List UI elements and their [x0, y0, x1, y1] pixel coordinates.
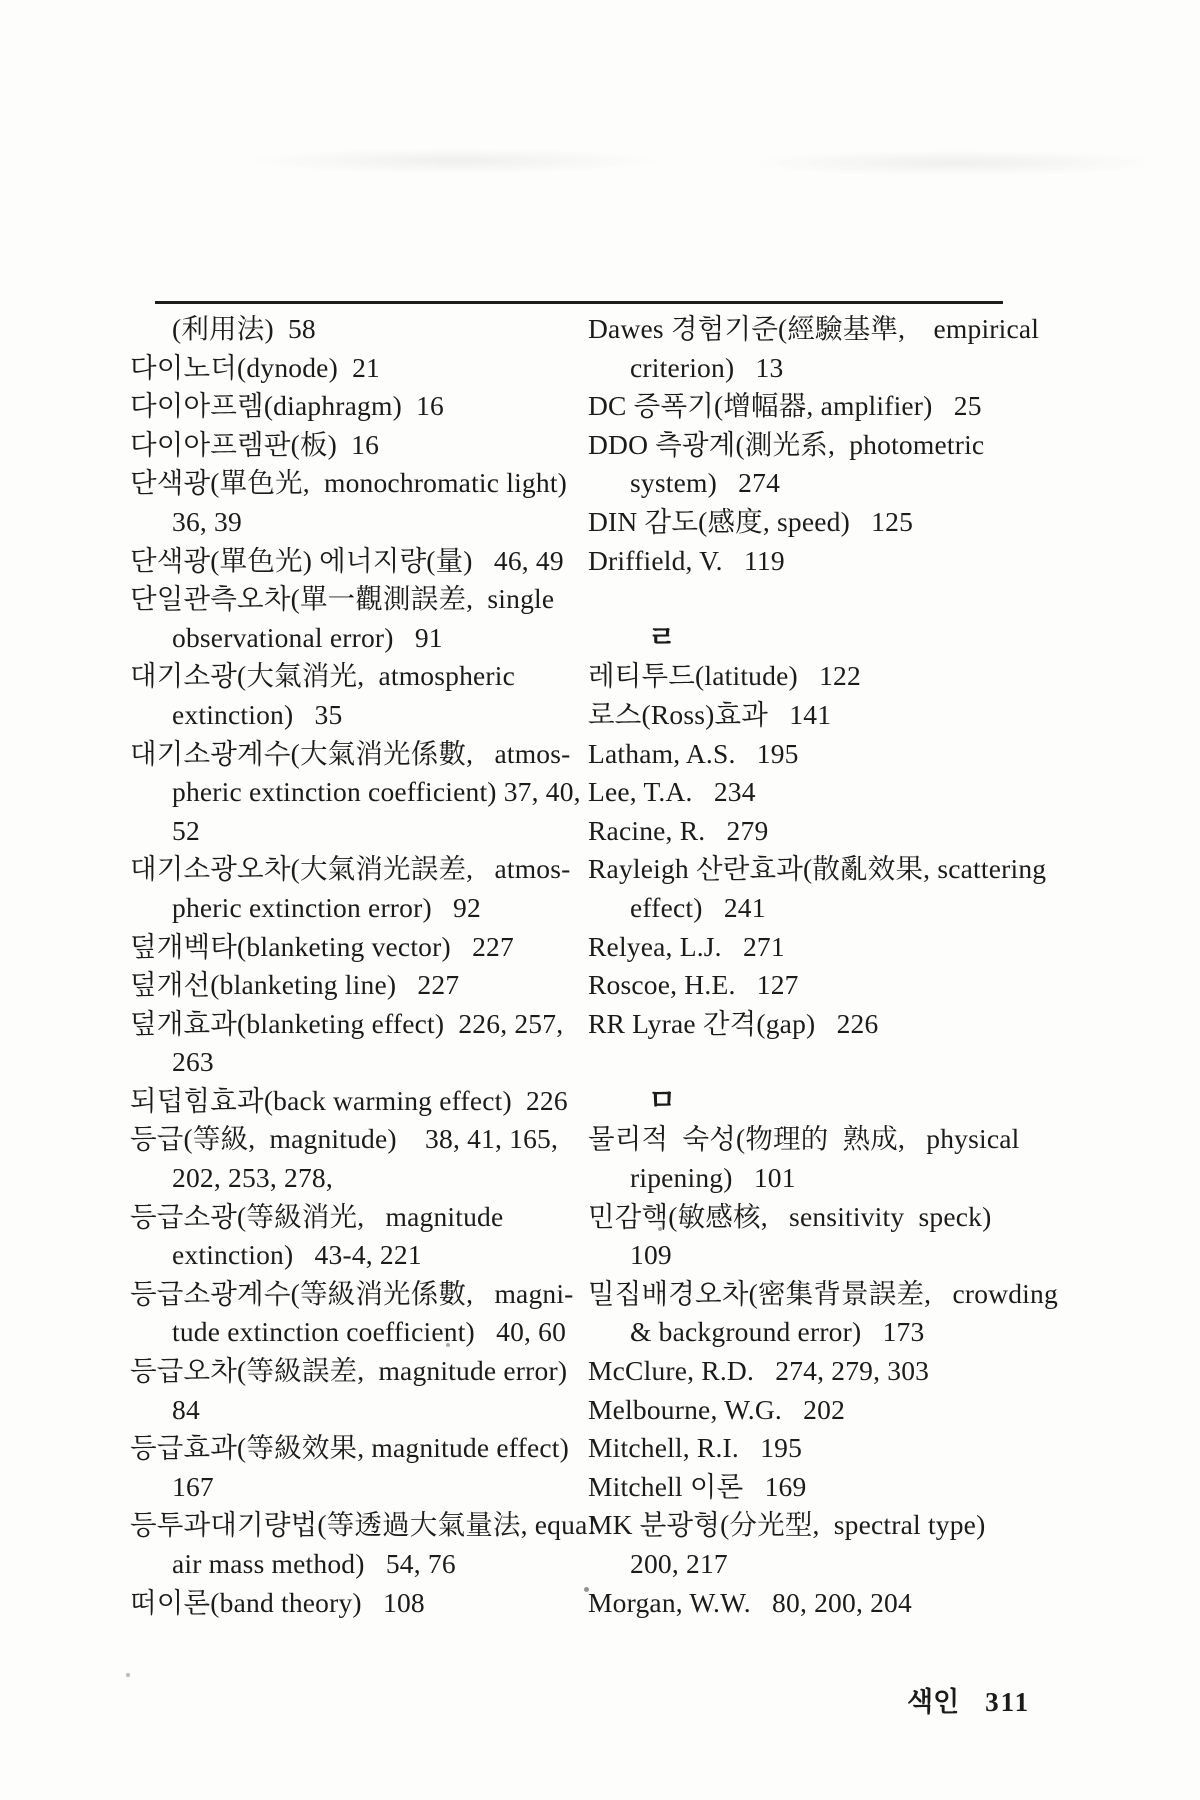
index-line: system) 274	[588, 464, 1093, 503]
index-line: Melbourne, W.G. 202	[588, 1391, 1093, 1430]
index-line: observational error) 91	[130, 619, 595, 658]
index-line: pheric extinction error) 92	[130, 889, 595, 928]
scan-smudge	[245, 148, 665, 174]
index-line: ripening) 101	[588, 1159, 1093, 1198]
scan-speck	[658, 1227, 662, 1231]
index-column-right: Dawes 경험기준(經驗基準, empirical criterion) 13…	[588, 310, 1093, 1622]
index-line: Rayleigh 산란효과(散亂效果, scattering	[588, 850, 1093, 889]
index-line: 202, 253, 278,	[130, 1159, 595, 1198]
index-line: 되덥힘효과(back warming effect) 226	[130, 1082, 595, 1121]
index-line: 등급효과(等級效果, magnitude effect)	[130, 1429, 595, 1468]
index-line: 민감핵(敏感核, sensitivity speck)	[588, 1198, 1093, 1237]
index-line: DIN 감도(感度, speed) 125	[588, 503, 1093, 542]
blank-line	[588, 580, 1093, 619]
index-line: 200, 217	[588, 1545, 1093, 1584]
index-line: & background error) 173	[588, 1313, 1093, 1352]
index-line: 밀집배경오차(密集背景誤差, crowding	[588, 1275, 1093, 1314]
index-line: DC 증폭기(增幅器, amplifier) 25	[588, 387, 1093, 426]
index-line: (利用法) 58	[130, 310, 595, 349]
section-header-rieul: ㄹ	[588, 619, 1093, 658]
index-line: Roscoe, H.E. 127	[588, 966, 1093, 1005]
index-line: 36, 39	[130, 503, 595, 542]
index-line: 단색광(單色光, monochromatic light)	[130, 464, 595, 503]
index-line: MK 분광형(分光型, spectral type)	[588, 1506, 1093, 1545]
index-line: 다이노더(dynode) 21	[130, 349, 595, 388]
index-line: 다이아프렘(diaphragm) 16	[130, 387, 595, 426]
index-line: DDO 측광계(測光系, photometric	[588, 426, 1093, 465]
index-line: RR Lyrae 간격(gap) 226	[588, 1005, 1093, 1044]
index-line: 등급오차(等級誤差, magnitude error)	[130, 1352, 595, 1391]
index-line: 대기소광(大氣消光, atmospheric	[130, 657, 595, 696]
index-line: air mass method) 54, 76	[130, 1545, 595, 1584]
page-footer: 색인311	[880, 1642, 1030, 1682]
section-header-mieum: ㅁ	[588, 1082, 1093, 1121]
index-line: 대기소광오차(大氣消光誤差, atmos-	[130, 850, 595, 889]
index-line: Morgan, W.W. 80, 200, 204	[588, 1584, 1093, 1623]
index-line: 떠이론(band theory) 108	[130, 1584, 595, 1623]
index-line: tude extinction coefficient) 40, 60	[130, 1313, 595, 1352]
scan-smudge	[740, 150, 1170, 176]
index-line: 로스(Ross)효과 141	[588, 696, 1093, 735]
index-line: 109	[588, 1236, 1093, 1275]
scan-speck	[446, 1343, 450, 1347]
index-line: extinction) 35	[130, 696, 595, 735]
index-line: 단색광(單色光) 에너지량(量) 46, 49	[130, 542, 595, 581]
index-line: criterion) 13	[588, 349, 1093, 388]
index-line: Mitchell 이론 169	[588, 1468, 1093, 1507]
index-line: effect) 241	[588, 889, 1093, 928]
scan-speck	[584, 1587, 589, 1592]
index-line: Relyea, L.J. 271	[588, 928, 1093, 967]
index-line: 물리적 숙성(物理的 熟成, physical	[588, 1120, 1093, 1159]
index-line: 다이아프렘판(板) 16	[130, 426, 595, 465]
index-line: 덮개선(blanketing line) 227	[130, 966, 595, 1005]
index-column-left: (利用法) 58 다이노더(dynode) 21 다이아프렘(diaphragm…	[130, 310, 595, 1622]
index-line: 레티투드(latitude) 122	[588, 657, 1093, 696]
index-line: 단일관측오차(單一觀測誤差, single	[130, 580, 595, 619]
index-line: McClure, R.D. 274, 279, 303	[588, 1352, 1093, 1391]
index-line: 등급소광(等級消光, magnitude	[130, 1198, 595, 1237]
index-line: Lee, T.A. 234	[588, 773, 1093, 812]
index-line: 263	[130, 1043, 595, 1082]
index-line: 52	[130, 812, 595, 851]
scanned-page: (利用法) 58 다이노더(dynode) 21 다이아프렘(diaphragm…	[0, 0, 1200, 1800]
index-line: Driffield, V. 119	[588, 542, 1093, 581]
footer-index-label: 색인	[907, 1687, 959, 1717]
index-line: 등급(等級, magnitude) 38, 41, 165,	[130, 1120, 595, 1159]
blank-line	[588, 1043, 1093, 1082]
index-line: Latham, A.S. 195	[588, 735, 1093, 774]
index-line: 84	[130, 1391, 595, 1430]
index-line: extinction) 43-4, 221	[130, 1236, 595, 1275]
index-line: 등투과대기량법(等透過大氣量法, equa!	[130, 1506, 595, 1545]
index-line: pheric extinction coefficient) 37, 40,	[130, 773, 595, 812]
index-line: 덮개효과(blanketing effect) 226, 257,	[130, 1005, 595, 1044]
index-line: 덮개벡타(blanketing vector) 227	[130, 928, 595, 967]
index-line: 167	[130, 1468, 595, 1507]
scan-speck	[126, 1673, 130, 1677]
header-rule	[155, 301, 1003, 304]
index-line: Dawes 경험기준(經驗基準, empirical	[588, 310, 1093, 349]
index-line: Racine, R. 279	[588, 812, 1093, 851]
index-line: Mitchell, R.I. 195	[588, 1429, 1093, 1468]
index-line: 대기소광계수(大氣消光係數, atmos-	[130, 735, 595, 774]
footer-page-number: 311	[985, 1687, 1030, 1717]
index-line: 등급소광계수(等級消光係數, magni-	[130, 1275, 595, 1314]
